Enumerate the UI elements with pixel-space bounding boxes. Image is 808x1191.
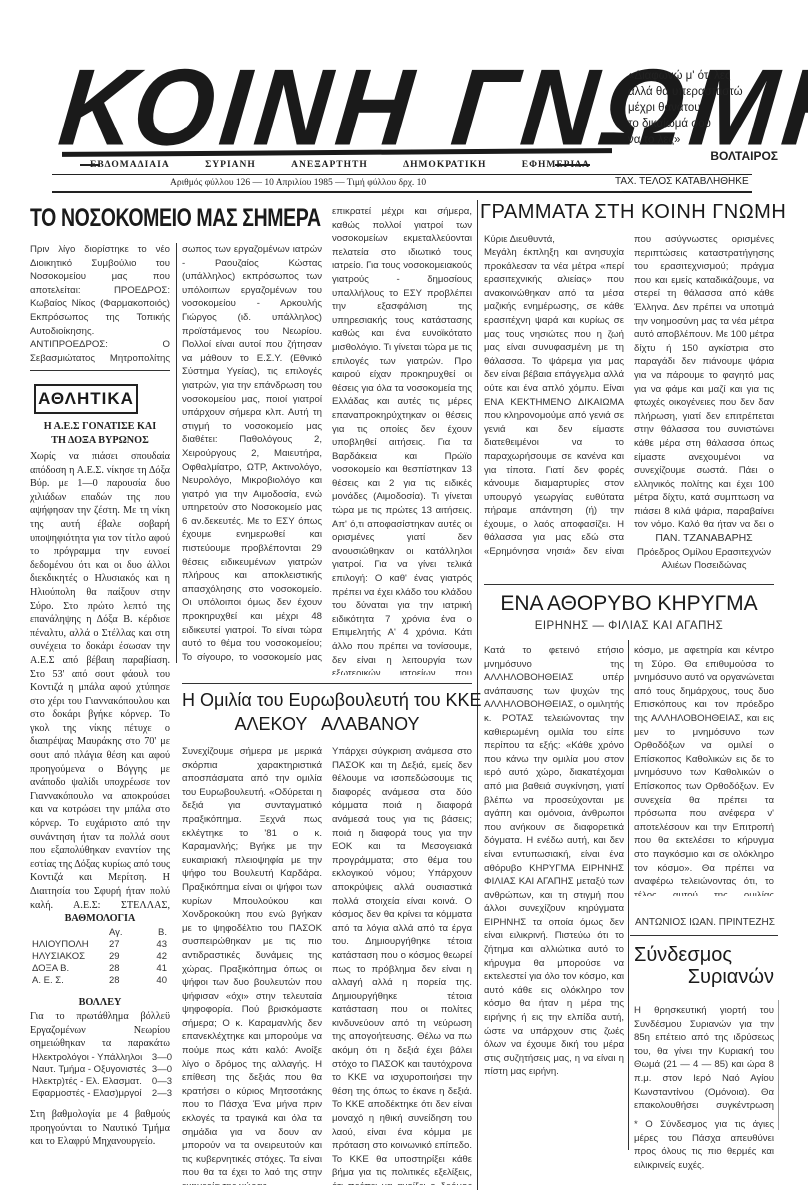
volley-match: Εφαρμοστές - Ελασ)μργοί xyxy=(32,1088,151,1100)
team-name: Α. Ε. Σ. xyxy=(32,975,109,987)
sports-section-label: ΑΘΛΗΤΙΚΑ xyxy=(36,386,136,412)
sports-headline-line: ΤΗ ΔΟΞΑ ΒΥΡΩΝΟΣ xyxy=(30,434,170,448)
sports-section-box: ΑΘΛΗΤΙΚΑ xyxy=(34,384,138,414)
standings-header: Αγ. xyxy=(109,927,145,939)
volley-outro: Στη βαθμολογία με 4 βαθμούς προηγούνται … xyxy=(30,1108,170,1152)
volley-result-row: Ηλεκτρ)τές - Ελ. Ελασματ.0—3 xyxy=(32,1076,172,1088)
standings-row: ΗΛΥΣΙΑΚΟΣ 29 42 xyxy=(32,951,167,963)
team-points: 40 xyxy=(145,975,167,987)
sermon-signature: ΑΝΤΩΝΙΟΣ ΙΩΑΝ. ΠΡΙΝΤΕΖΗΣ xyxy=(630,916,780,930)
volley-intro: Για το πρωτάθλημα βόλλεϋ Εργαζομένων Νεω… xyxy=(30,1010,170,1052)
games-played: 27 xyxy=(109,939,145,951)
tagline-word: ΣΥΡΙΑΝΗ xyxy=(205,160,256,170)
quote-line: αλλά θα υπερασπιστώ xyxy=(628,84,808,100)
team-points: 41 xyxy=(145,963,167,975)
hospital-headline: ΤΟ ΝΟΣΟΚΟΜΕΙΟ ΜΑΣ ΣΗΜΕΡΑ xyxy=(30,204,321,233)
letters-headline: ΓΡΑΜΜΑΤΑ ΣΤΗ ΚΟΙΝΗ ΓΝΩΜΗ xyxy=(480,201,786,224)
standings-row: ΔΟΞΑ Β. 28 41 xyxy=(32,963,167,975)
association-top-rule xyxy=(630,935,778,936)
standings-header-row: Αγ. Β. xyxy=(32,927,167,939)
speech-column-2: Υπάρχει σύγκριση ανάμεσα στο ΠΑΣΟΚ και τ… xyxy=(332,745,472,1185)
volley-result-row: Ηλεκτρολόγοι - Υπάλληλοι3—0 xyxy=(32,1052,172,1064)
tagline: ΕΒΔΟΜΑΔΙΑΙΑ ΣΥΡΙΑΝΗ ΑΝΕΞΑΡΤΗΤΗ ΔΗΜΟΚΡΑΤΙ… xyxy=(90,160,590,170)
signature-title: Αλιέων Ποσειδώνας xyxy=(634,559,774,573)
letters-signature: ΠΑΝ. ΤΖΑΝΑΒΑΡΗΣ Πρόεδρος Ομίλου Ερασιτεχ… xyxy=(634,532,774,573)
tagline-word: ΔΗΜΟΚΡΑΤΙΚΗ xyxy=(403,160,486,170)
sermon-column-2: κόσμο, με αφετηρία και κέντρο τη Σύρο. Θ… xyxy=(634,644,774,896)
standings-header xyxy=(32,927,109,939)
volley-result-row: Εφαρμοστές - Ελασ)μργοί2—3 xyxy=(32,1088,172,1100)
tagline-word: ΕΒΔΟΜΑΔΙΑΙΑ xyxy=(90,160,170,170)
quote-line: «Διαφωνώ μ' ότι λες xyxy=(628,68,808,84)
newspaper-title: ΚΟΙΝΗ ΓΝΩΜΗ xyxy=(55,60,625,157)
games-played: 28 xyxy=(109,963,145,975)
volley-match: Ναυτ. Τμήμα - Οξυγονιστές xyxy=(32,1064,151,1076)
column-divider xyxy=(176,243,177,663)
volley-result-row: Ναυτ. Τμήμα - Οξυγονιστές3—0 xyxy=(32,1064,172,1076)
sports-headline: Η Α.Ε.Σ ΓΟΝΑΤΙΣΕ ΚΑΙ ΤΗ ΔΟΞΑ ΒΥΡΩΝΟΣ xyxy=(30,420,170,447)
issue-rule-top xyxy=(52,174,752,175)
speech-headline: Η Ομιλία του Ευρωβουλευτή του ΚΚΕ ΑΛΕΚΟΥ… xyxy=(182,688,472,736)
volley-match: Ηλεκτρολόγοι - Υπάλληλοι xyxy=(32,1052,151,1064)
sermon-headline: ΕΝΑ ΑΘΟΡΥΒΟ ΚΗΡΥΓΜΑ xyxy=(484,592,774,616)
voltaire-quote: «Διαφωνώ μ' ότι λες αλλά θα υπερασπιστώ … xyxy=(628,68,808,164)
team-name: ΗΛΙΟΥΠΟΛΗ xyxy=(32,939,109,951)
sermon-top-rule xyxy=(484,584,774,585)
volley-score: 0—3 xyxy=(151,1076,172,1088)
sports-body: Χωρίς να πιάσει σπουδαία απόδοση η Α.Ε.Σ… xyxy=(30,450,170,912)
quote-author: ΒΟΛΤΑΙΡΟΣ xyxy=(628,148,808,164)
hospital-column-2: σωπος των εργαζομένων ιατρών - Ραουζαίος… xyxy=(182,243,322,663)
association-note: * Ο Σύνδεσμος για τις άγιες μέρες του Πά… xyxy=(634,1118,774,1174)
postage-paid: ΤΑΧ. ΤΕΛΟΣ ΚΑΤΑΒΛΗΘΗΚΕ xyxy=(615,176,749,187)
sports-top-rule xyxy=(30,370,170,371)
standings-header: Β. xyxy=(145,927,167,939)
quote-line: το δικαίωμά σου xyxy=(628,116,808,132)
association-headline-line2: Συριανών xyxy=(634,966,774,989)
team-points: 43 xyxy=(145,939,167,951)
volley-title: ΒΟΛΛΕΥ xyxy=(30,996,170,1010)
team-name: ΔΟΞΑ Β. xyxy=(32,963,109,975)
volley-results: Ηλεκτρολόγοι - Υπάλληλοι3—0 Ναυτ. Τμήμα … xyxy=(32,1052,172,1100)
signature-title: Πρόεδρος Ομίλου Ερασιτεχνών xyxy=(634,546,774,560)
team-points: 42 xyxy=(145,951,167,963)
letters-salutation: Κύριε Διευθυντά, xyxy=(484,233,624,247)
signature-name: ΠΑΝ. ΤΖΑΝΑΒΑΡΗΣ xyxy=(634,532,774,546)
issue-rule-bottom xyxy=(52,191,752,193)
hospital-column-1: Πριν λίγο διορίστηκε το νέο Διοικητικό Σ… xyxy=(30,243,170,363)
association-body: Η θρησκευτική γιορτή του Συνδέσμου Συρια… xyxy=(634,1004,774,1114)
volley-score: 3—0 xyxy=(151,1052,172,1064)
quote-line: μέχρι θανάτου xyxy=(628,100,808,116)
standings-title: ΒΑΘΜΟΛΟΓΙΑ xyxy=(30,912,170,926)
quote-line: να το λες» xyxy=(628,132,808,148)
letters-column-1: Μεγάλη έκπληξη και ανησυχία προκάλεσαν τ… xyxy=(484,246,624,556)
volley-match: Ηλεκτρ)τές - Ελ. Ελασματ. xyxy=(32,1076,151,1088)
hospital-column-3: επικρατεί μέχρι και σήμερα, καθώς πολλοί… xyxy=(332,205,472,675)
speech-top-rule xyxy=(182,683,472,684)
sports-headline-line: Η Α.Ε.Σ ΓΟΝΑΤΙΣΕ ΚΑΙ xyxy=(30,420,170,434)
issue-info: Αριθμός φύλλου 126 — 10 Απριλίου 1985 — … xyxy=(170,178,426,188)
standings-row: Α. Ε. Σ. 28 40 xyxy=(32,975,167,987)
standings-table: Αγ. Β. ΗΛΙΟΥΠΟΛΗ 27 43 ΗΛΥΣΙΑΚΟΣ 29 42 Δ… xyxy=(32,927,167,987)
sermon-subheadline: ΕΙΡΗΝΗΣ — ΦΙΛΙΑΣ ΚΑΙ ΑΓΑΠΗΣ xyxy=(484,620,774,632)
standings-row: ΗΛΙΟΥΠΟΛΗ 27 43 xyxy=(32,939,167,951)
letters-column-2: που ασύγνωστες ορισμένες περιπτώσεις κατ… xyxy=(634,233,774,529)
volley-score: 3—0 xyxy=(151,1064,172,1076)
volley-score: 2—3 xyxy=(151,1088,172,1100)
box-edge xyxy=(778,1000,779,1130)
speech-headline-line1: Η Ομιλία του Ευρωβουλευτή του ΚΚΕ xyxy=(182,688,472,712)
tagline-ornament-right xyxy=(555,164,590,166)
speech-column-1: Συνεχίζουμε σήμερα με μερικά σκόρπια χαρ… xyxy=(182,745,322,1185)
tagline-word: ΑΝΕΞΑΡΤΗΤΗ xyxy=(291,160,368,170)
speech-headline-line2: ΑΛΕΚΟΥ ΑΛΑΒΑΝΟΥ xyxy=(182,712,472,736)
sermon-column-1: Κατά το φετεινό ετήσιο μνημόσυνο της ΑΛΛ… xyxy=(484,644,624,1190)
team-name: ΗΛΥΣΙΑΚΟΣ xyxy=(32,951,109,963)
games-played: 28 xyxy=(109,975,145,987)
games-played: 29 xyxy=(109,951,145,963)
association-headline-line1: Σύνδεσμος xyxy=(634,944,732,967)
column-divider xyxy=(628,640,629,1150)
